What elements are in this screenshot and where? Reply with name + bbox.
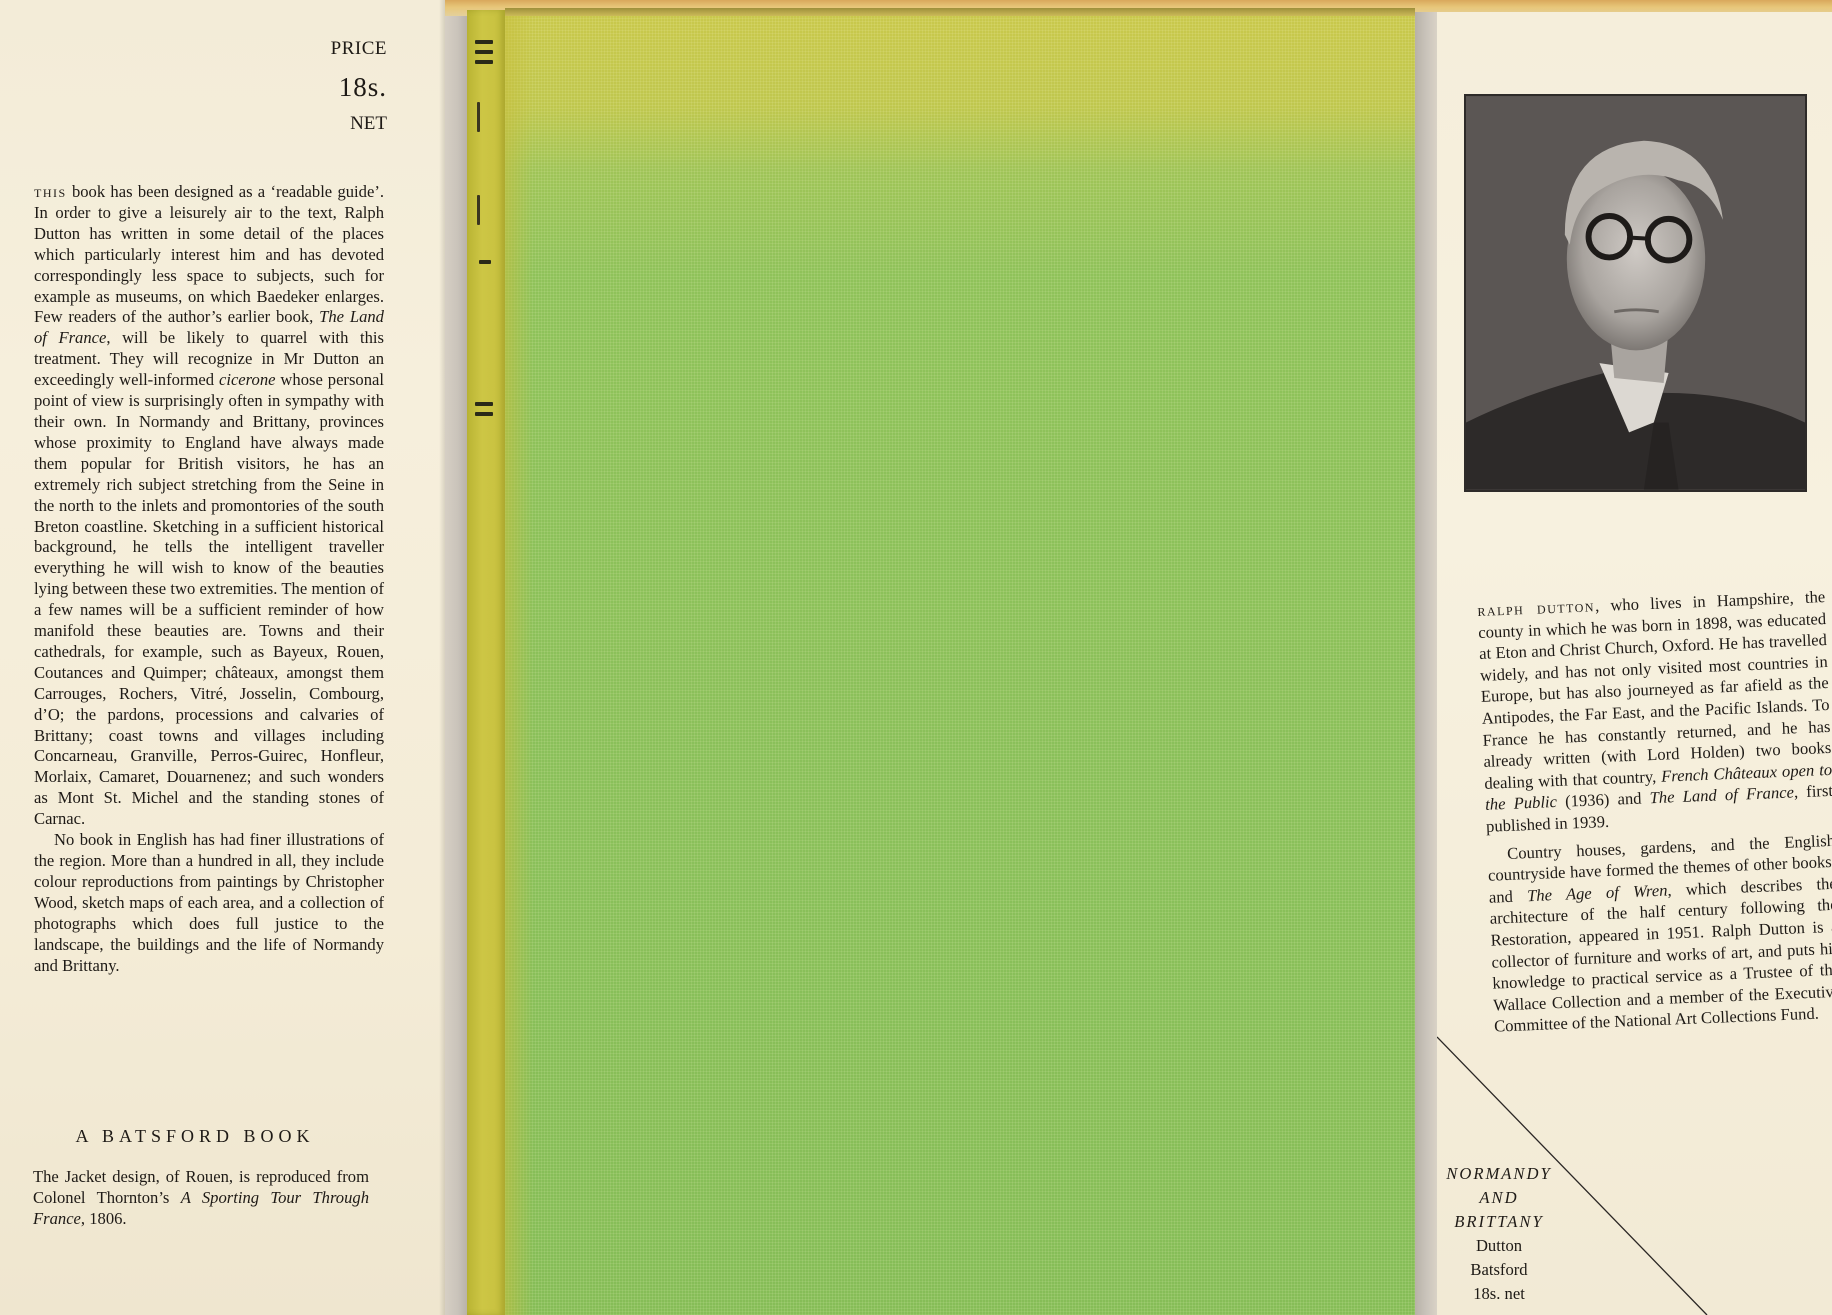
book-title-italic: The Age of Wren <box>1527 880 1668 905</box>
author-name-smallcaps: Ralph Dutton <box>1477 596 1595 620</box>
book-title-italic: The Land of France <box>1649 783 1794 808</box>
publisher-mark: A BATSFORD BOOK <box>0 1126 390 1147</box>
flap-blurb: This book has been designed as a ‘readab… <box>34 182 384 976</box>
jacket-credit: The Jacket design, of Rouen, is reproduc… <box>33 1166 369 1229</box>
credit-text: , 1806. <box>81 1209 127 1228</box>
spine-letter-icon <box>477 195 480 225</box>
spine-publisher: Batsford <box>1439 1258 1559 1282</box>
blurb-lead-smallcaps: This <box>34 182 67 201</box>
author-bio: Ralph Dutton, who lives in Hampshire, th… <box>1477 586 1832 1037</box>
spine-price: 18s. net <box>1439 1282 1559 1306</box>
foreign-word-italic: cicerone <box>219 370 276 389</box>
author-portrait-photo <box>1464 94 1807 492</box>
spine-rule-icon <box>479 260 491 264</box>
price-net: NET <box>331 113 387 135</box>
price-block: PRICE 18s. NET <box>331 38 387 135</box>
spine-rule-icon <box>475 40 493 44</box>
blurb-text: book has been designed as a ‘readable gu… <box>34 182 384 326</box>
spine-rule-icon <box>475 412 493 416</box>
spine-label-text: NORMANDY AND BRITTANY Dutton Batsford 18… <box>1439 1162 1559 1306</box>
spine-rule-icon <box>475 402 493 406</box>
spine-title-line: NORMANDY <box>1439 1162 1559 1186</box>
flap-fold-shadow-right <box>1415 12 1437 1315</box>
author-portrait-icon <box>1466 96 1805 490</box>
spine-rule-icon <box>475 50 493 54</box>
bio-text: (1936) and <box>1557 789 1650 812</box>
green-cloth-cover <box>505 16 1415 1315</box>
blurb-paragraph-2: No book in English has had finer illus­t… <box>34 830 384 976</box>
spine-author: Dutton <box>1439 1234 1559 1258</box>
front-flap: PRICE 18s. NET This book has been design… <box>0 0 445 1315</box>
spine-title-line: AND <box>1439 1186 1559 1210</box>
price-label: PRICE <box>331 38 387 60</box>
spine-letter-icon <box>477 102 480 132</box>
spine-title-line: BRITTANY <box>1439 1210 1559 1234</box>
bio-paragraph-2: Country houses, gardens, and the English… <box>1487 829 1832 1037</box>
blurb-paragraph-1: This book has been designed as a ‘readab… <box>34 182 384 830</box>
back-flap: Ralph Dutton, who lives in Hampshire, th… <box>1437 12 1832 1315</box>
price-value: 18s. <box>331 72 387 103</box>
book-spine <box>467 10 505 1315</box>
book-jacket-spread: PRICE 18s. NET This book has been design… <box>0 0 1832 1315</box>
spine-rule-icon <box>475 60 493 64</box>
bio-paragraph-1: Ralph Dutton, who lives in Hampshire, th… <box>1477 586 1832 837</box>
flap-fold-shadow-left <box>445 0 467 1315</box>
blurb-text: whose personal point of view is surprisi… <box>34 370 384 828</box>
